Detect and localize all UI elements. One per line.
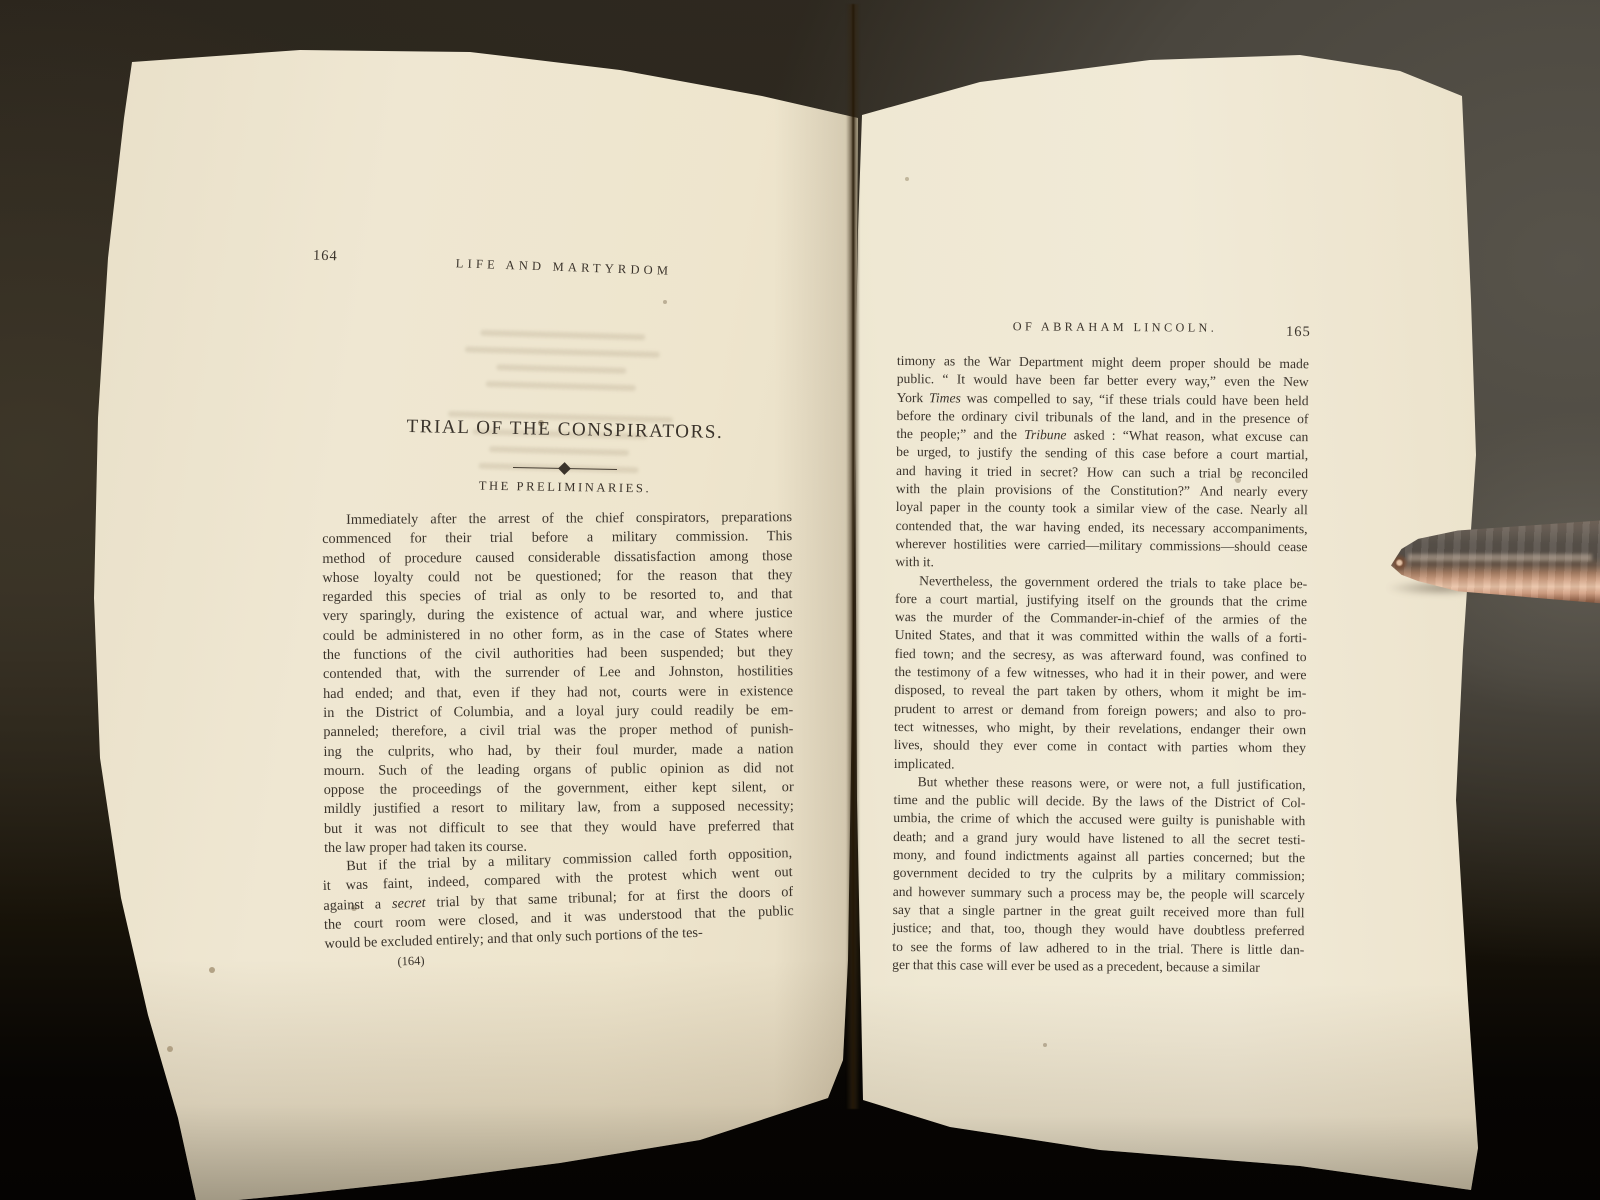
text-line: lives, should they ever come in contact … xyxy=(894,736,1306,758)
text-line: ger that this case will ever be used as … xyxy=(892,956,1304,978)
paragraph: But whether these reasons were, or were … xyxy=(892,773,1306,977)
text-line: wherever hostilities were carried—milita… xyxy=(895,535,1307,557)
foxing-spots xyxy=(0,0,4,4)
right-running-head: OF ABRAHAM LINCOLN. xyxy=(965,319,1265,336)
text-line: very sparingly, during the existence of … xyxy=(323,605,793,627)
paragraph: timony as the War Department might deem … xyxy=(895,352,1309,575)
right-page-number: 165 xyxy=(1286,324,1311,341)
text-line: commenced for their trial before a milit… xyxy=(322,527,792,549)
text-line: panneled; therefore, a civil trial was t… xyxy=(323,720,793,742)
left-page-body: Immediately after the arrest of the chie… xyxy=(322,511,792,955)
paragraph: Nevertheless, the government ordered the… xyxy=(894,572,1308,776)
text-line: mildly justified a resort to military la… xyxy=(324,798,794,820)
text-line: ing the culprits, who had, by their foul… xyxy=(323,740,793,762)
text-line: but it was not difficult to see that the… xyxy=(324,817,794,839)
signature-footer: (164) xyxy=(376,953,446,970)
paragraph: But if the trial by a military commissio… xyxy=(322,844,795,954)
pen-highlight xyxy=(1408,554,1592,560)
book-gutter xyxy=(846,4,860,1109)
right-page-body: timony as the War Department might deem … xyxy=(892,352,1309,977)
text-line: contended that, with the surrender of Le… xyxy=(323,663,793,685)
left-page-number: 164 xyxy=(313,248,338,266)
book-photo: 164 LIFE AND MARTYRDOM TRIAL OF THE CONS… xyxy=(0,0,1600,1200)
paragraph: Immediately after the arrest of the chie… xyxy=(322,508,794,858)
